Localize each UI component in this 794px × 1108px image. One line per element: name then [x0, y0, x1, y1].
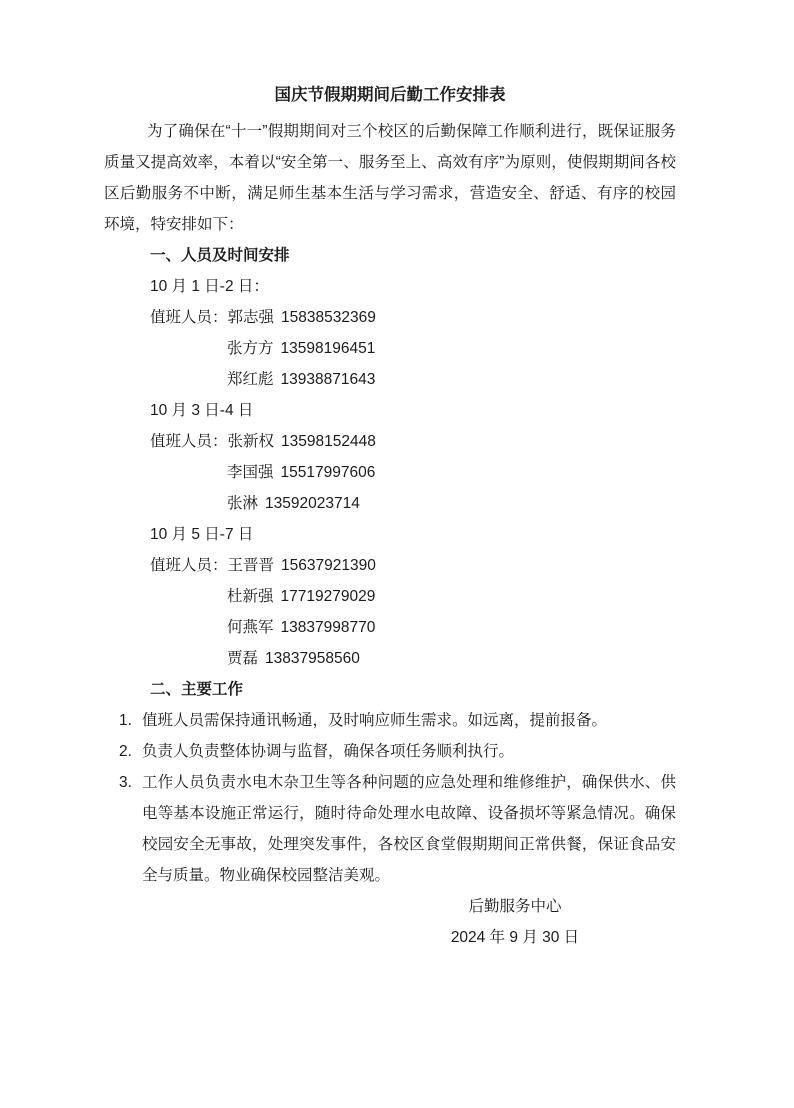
task-number: 3. [104, 767, 142, 798]
section-heading-personnel: 一、人员及时间安排 [150, 240, 676, 271]
intro-paragraph: 为了确保在“十一”假期期间对三个校区的后勤保障工作顺利进行，既保证服务质量又提高… [104, 116, 676, 240]
duty-line: 张方方13598196451 [227, 333, 676, 364]
person-name: 李国强 [227, 464, 274, 481]
duty-line: 贾磊13837958560 [227, 643, 676, 674]
task-text: 工作人员负责水电木杂卫生等各种问题的应急处理和维修维护，确保供水、供电等基本设施… [142, 767, 676, 891]
duty-line: 郑红彪13938871643 [227, 364, 676, 395]
task-number: 2. [104, 736, 142, 767]
signature-org: 后勤服务中心 [415, 891, 615, 922]
person-name: 王晋晋 [228, 557, 275, 574]
task-number: 1. [104, 705, 142, 736]
document-page: 国庆节假期期间后勤工作安排表 为了确保在“十一”假期期间对三个校区的后勤保障工作… [0, 0, 794, 1108]
person-name: 郭志强 [228, 309, 275, 326]
person-phone: 15838532369 [281, 309, 376, 326]
person-name: 张新权 [228, 433, 275, 450]
person-name: 贾磊 [227, 650, 258, 667]
task-text: 负责人负责整体协调与监督，确保各项任务顺利执行。 [142, 736, 676, 767]
task-item: 1. 值班人员需保持通讯畅通，及时响应师生需求。如远离，提前报备。 [104, 705, 676, 736]
person-name: 郑红彪 [227, 371, 274, 388]
person-name: 张方方 [227, 340, 274, 357]
task-text: 值班人员需保持通讯畅通，及时响应师生需求。如远离，提前报备。 [142, 705, 676, 736]
shift-date: 10 月 1 日-2 日： [150, 271, 676, 302]
person-phone: 15637921390 [281, 557, 376, 574]
duty-line: 何燕军13837998770 [227, 612, 676, 643]
duty-line: 李国强15517997606 [227, 457, 676, 488]
signature-block: 后勤服务中心 2024 年 9 月 30 日 [415, 891, 615, 953]
task-item: 3. 工作人员负责水电木杂卫生等各种问题的应急处理和维修维护，确保供水、供电等基… [104, 767, 676, 891]
duty-line: 张淋13592023714 [227, 488, 676, 519]
person-phone: 13837958560 [265, 650, 360, 667]
person-phone: 15517997606 [281, 464, 376, 481]
person-name: 杜新强 [227, 588, 274, 605]
duty-line: 值班人员：王晋晋15637921390 [150, 550, 676, 581]
person-phone: 13592023714 [265, 495, 360, 512]
shift-date: 10 月 5 日-7 日 [150, 519, 676, 550]
duty-label: 值班人员： [150, 309, 228, 326]
task-item: 2. 负责人负责整体协调与监督，确保各项任务顺利执行。 [104, 736, 676, 767]
person-phone: 13837998770 [281, 619, 376, 636]
person-phone: 13598152448 [281, 433, 376, 450]
person-phone: 13938871643 [281, 371, 376, 388]
shift-date: 10 月 3 日-4 日 [150, 395, 676, 426]
duty-line: 值班人员：张新权13598152448 [150, 426, 676, 457]
person-phone: 17719279029 [281, 588, 376, 605]
duty-line: 值班人员：郭志强15838532369 [150, 302, 676, 333]
person-phone: 13598196451 [281, 340, 376, 357]
person-name: 张淋 [227, 495, 258, 512]
signature-date: 2024 年 9 月 30 日 [415, 922, 615, 953]
document-title: 国庆节假期期间后勤工作安排表 [104, 84, 676, 106]
section-heading-tasks: 二、主要工作 [150, 674, 676, 705]
duty-line: 杜新强17719279029 [227, 581, 676, 612]
duty-label: 值班人员： [150, 557, 228, 574]
duty-label: 值班人员： [150, 433, 228, 450]
person-name: 何燕军 [227, 619, 274, 636]
